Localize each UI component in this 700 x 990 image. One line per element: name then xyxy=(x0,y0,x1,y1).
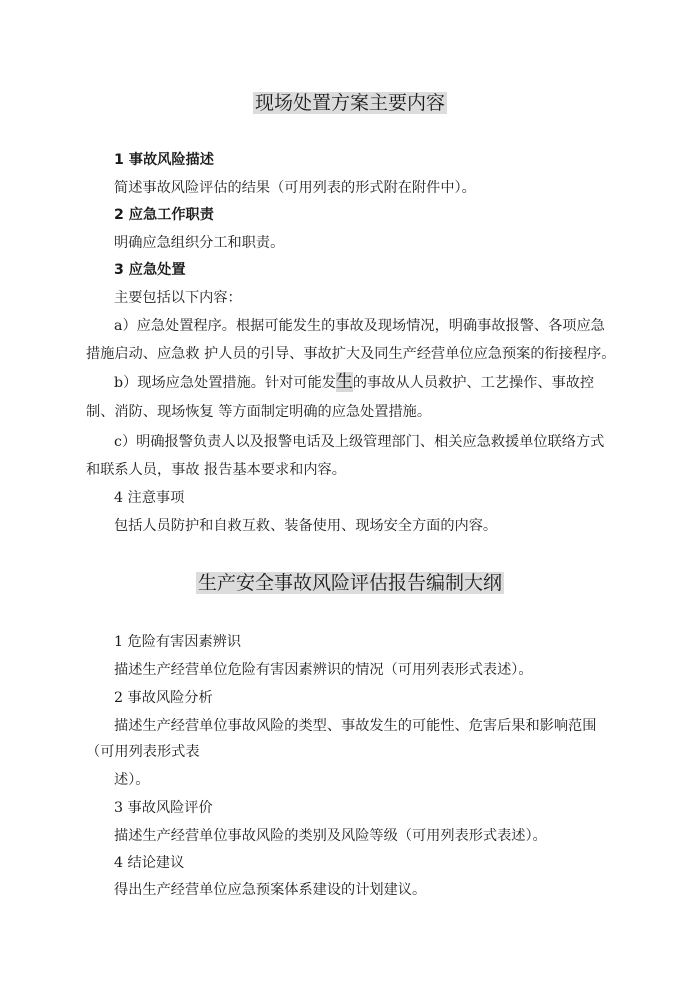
heading-precautions: 4 注意事项 xyxy=(114,488,184,508)
paragraph-risk-analysis-line1: 描述生产经营单位事故风险的类型、事故发生的可能性、危害后果和影响范围 xyxy=(114,716,596,736)
heading-conclusions: 4 结论建议 xyxy=(114,853,184,873)
paragraph-risk-analysis-line3: 述）。 xyxy=(114,770,149,790)
paragraph-c-line1: c）明确报警负责人以及报警电话及上级管理部门、相关应急救援单位联络方式 xyxy=(114,432,604,452)
section-title-text: 现场处置方案主要内容 xyxy=(253,92,447,114)
paragraph-hazard-identification: 描述生产经营单位危险有害因素辨识的情况（可用列表形式表述）。 xyxy=(114,660,533,680)
paragraph-b-line1: b）现场应急处置措施。针对可能发生的事故从人员救护、工艺操作、事故控 xyxy=(114,372,594,393)
paragraph-risk-evaluation: 描述生产经营单位事故风险的类别及风险等级（可用列表形式表述）。 xyxy=(114,826,547,846)
highlighted-char: 生 xyxy=(336,372,353,392)
section-title-text: 生产安全事故风险评估报告编制大纲 xyxy=(196,572,504,594)
paragraph-a-line2: 措施启动、应急救 护人员的引导、事故扩大及同生产经营单位应急预案的衔接程序。 xyxy=(86,344,615,364)
heading-risk-analysis: 2 事故风险分析 xyxy=(114,688,213,708)
section-title-risk-report-outline: 生产安全事故风险评估报告编制大纲 xyxy=(0,570,700,596)
heading-risk-description: 1 事故风险描述 xyxy=(114,150,214,170)
heading-risk-evaluation: 3 事故风险评价 xyxy=(114,798,213,818)
paragraph-risk-analysis-line2: （可用列表形式表 xyxy=(86,742,200,762)
heading-hazard-identification: 1 危险有害因素辨识 xyxy=(114,632,241,652)
paragraph-precautions: 包括人员防护和自救互救、装备使用、现场安全方面的内容。 xyxy=(114,516,497,536)
text-span: b）现场应急处置措施。针对可能发 xyxy=(114,375,336,391)
paragraph-b-line2: 制、消防、现场恢复 等方面制定明确的应急处置措施。 xyxy=(86,402,431,422)
section-title-onsite-plan: 现场处置方案主要内容 xyxy=(0,90,700,116)
paragraph-c-line2: 和联系人员，事故 报告基本要求和内容。 xyxy=(86,460,346,480)
paragraph-conclusions: 得出生产经营单位应急预案体系建设的计划建议。 xyxy=(114,880,426,900)
heading-emergency-response: 3 应急处置 xyxy=(114,260,186,280)
paragraph-emergency-duties: 明确应急组织分工和职责。 xyxy=(114,233,284,253)
paragraph-risk-description: 简述事故风险评估的结果（可用列表的形式附在附件中）。 xyxy=(114,178,476,198)
heading-emergency-duties: 2 应急工作职责 xyxy=(114,205,214,225)
paragraph-response-intro: 主要包括以下内容： xyxy=(114,288,242,308)
paragraph-a-line1: a）应急处置程序。根据可能发生的事故及现场情况，明确事故报警、各项应急 xyxy=(114,316,605,336)
text-span: 的事故从人员救护、工艺操作、事故控 xyxy=(353,375,594,391)
